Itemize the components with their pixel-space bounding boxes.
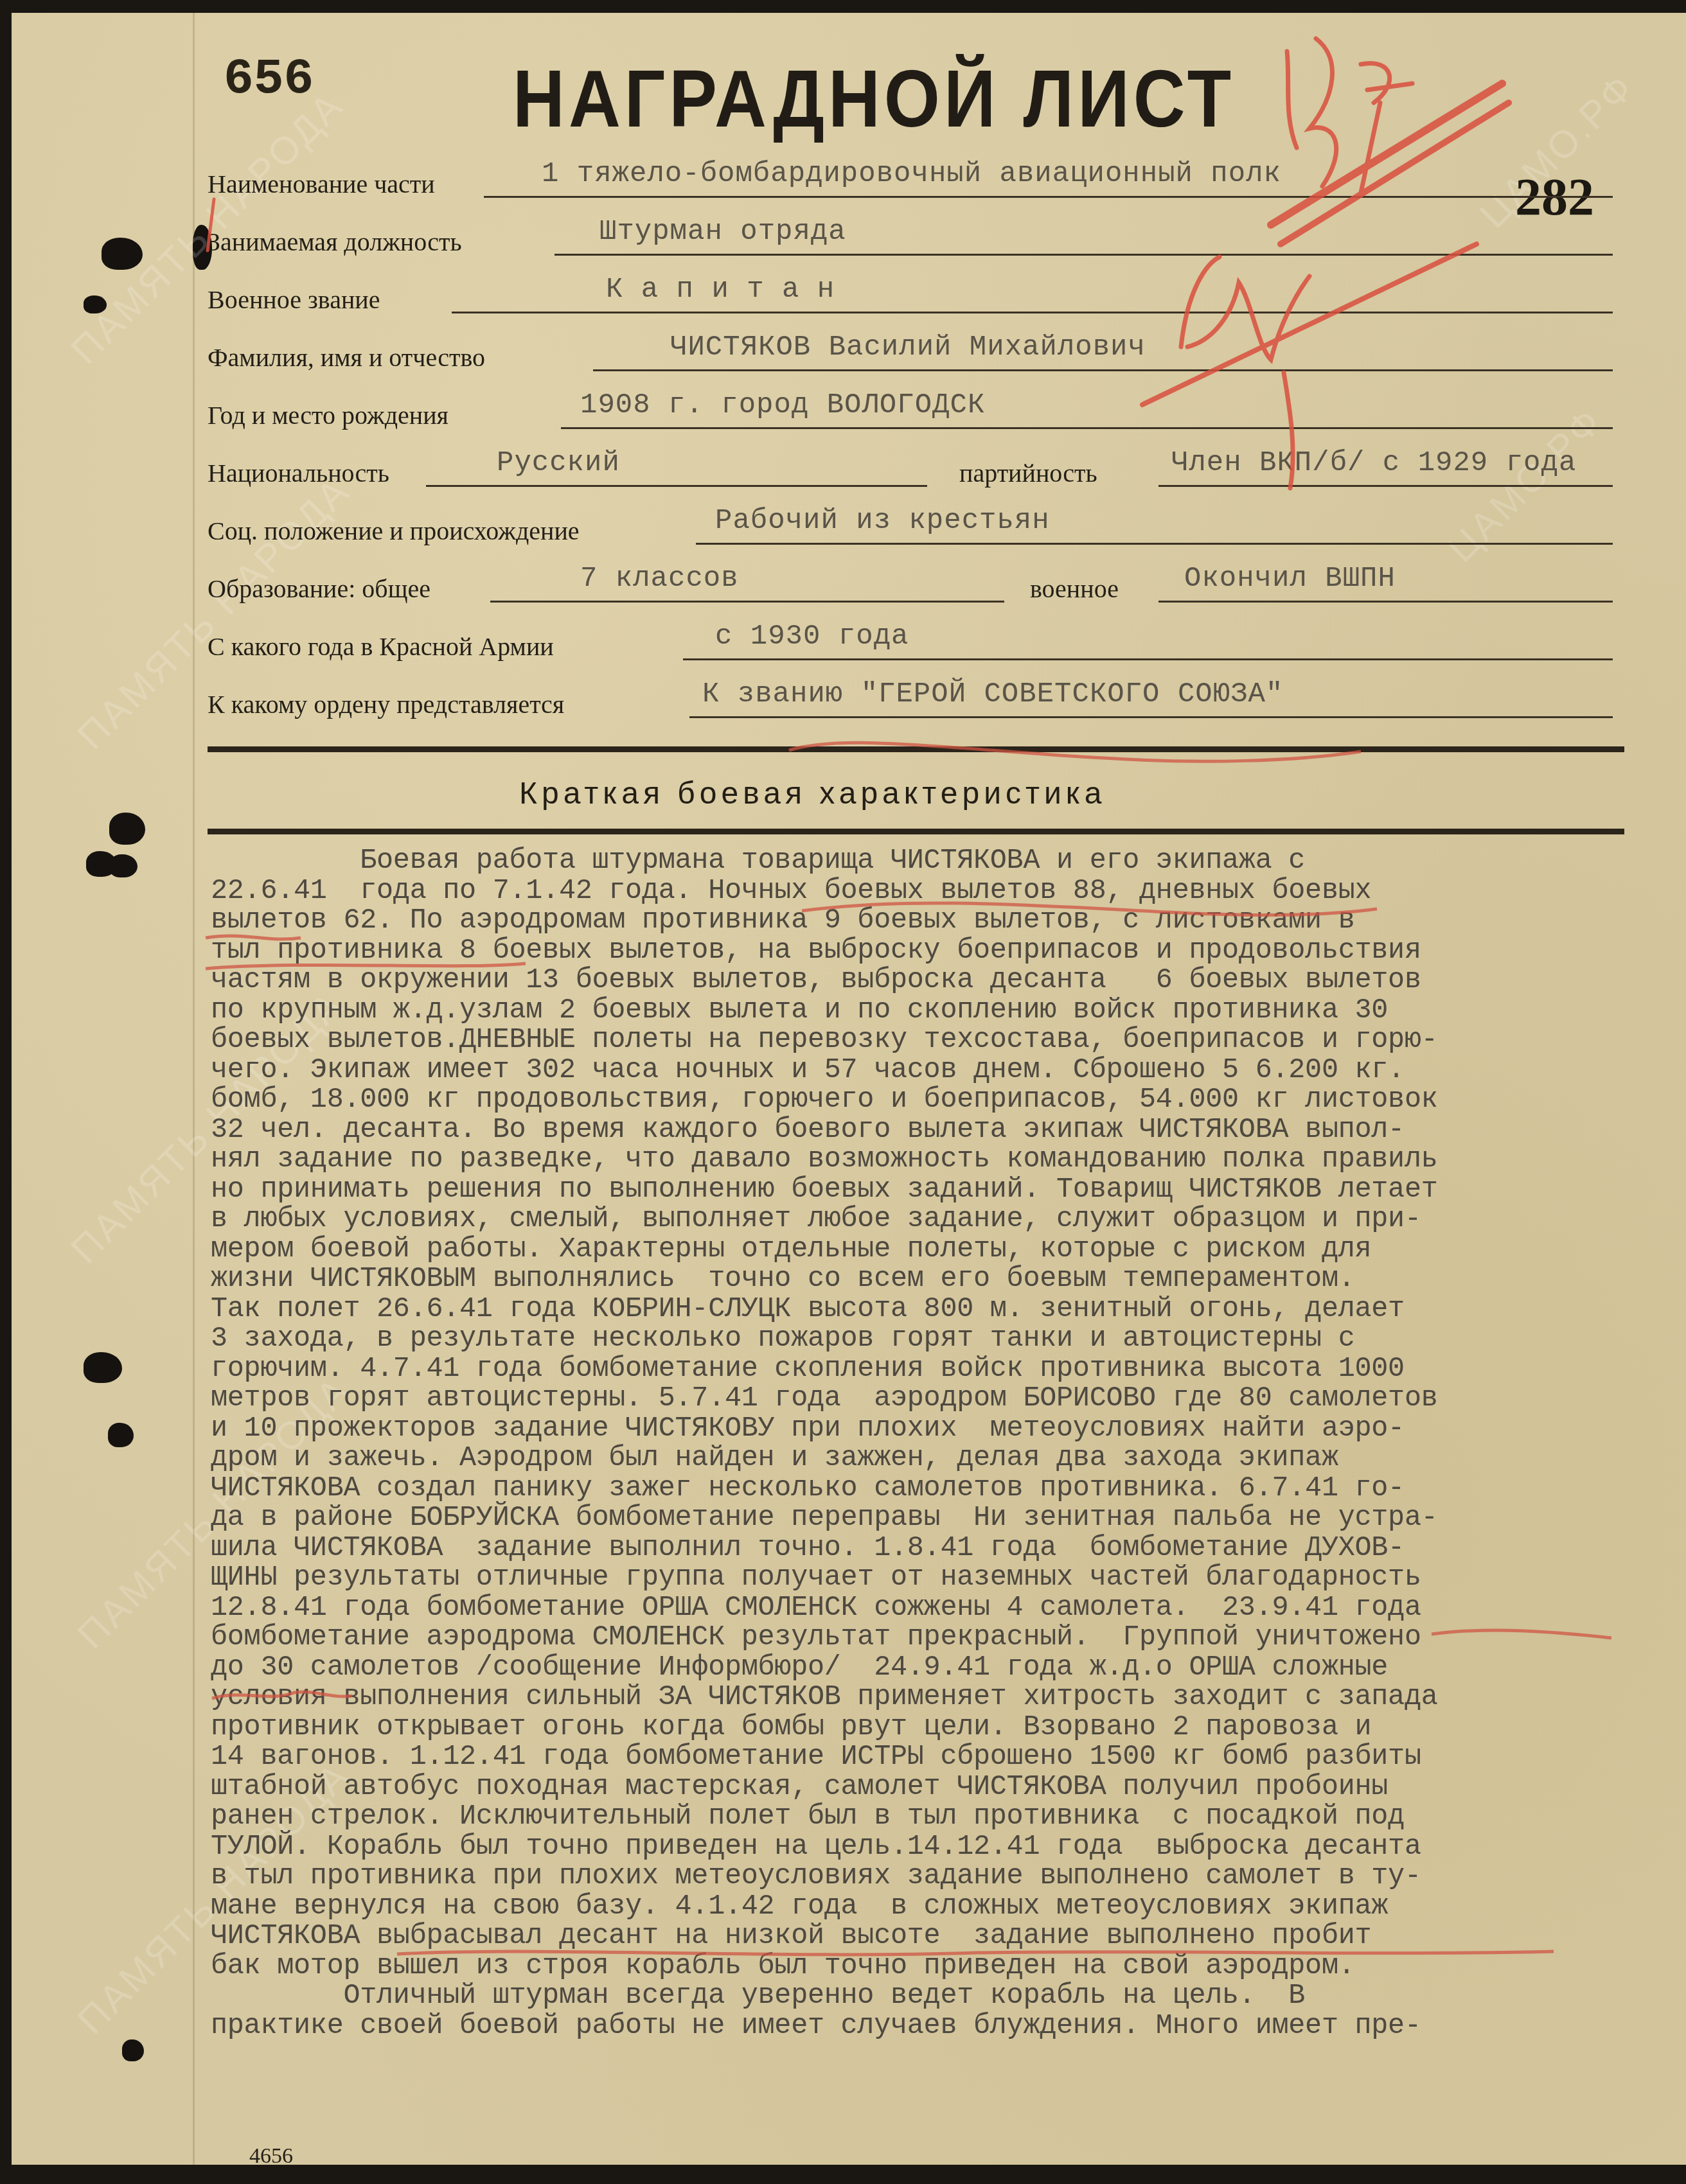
field-value: К званию "ГЕРОЙ СОВЕТСКОГО СОЮЗА" [702, 678, 1283, 710]
punch-hole [108, 1423, 134, 1447]
text-line: противник открывает огонь когда бомбы рв… [211, 1713, 1686, 1743]
field-underline [452, 312, 1613, 313]
punch-hole [102, 238, 143, 270]
document-title: НАГРАДНОЙ ЛИСТ [513, 53, 1235, 145]
corner-number: 656 [224, 51, 314, 108]
field-value: К а п и т а н [606, 274, 835, 306]
field-value: Рабочий из крестьян [715, 505, 1050, 537]
field-label: военное [1030, 574, 1119, 604]
text-line: 32 чел. десанта. Во время каждого боевог… [211, 1116, 1686, 1146]
text-line: дром и зажечь. Аэродром был найден и заж… [211, 1444, 1686, 1474]
field-army-since: С какого года в Красной Армии с 1930 год… [208, 623, 1613, 668]
field-underline [1158, 601, 1613, 603]
text-line: мане вернулся на свою базу. 4.1.42 года … [211, 1892, 1686, 1923]
text-line: и 10 прожекторов задание ЧИСТЯКОВУ при п… [211, 1414, 1686, 1445]
field-label: Национальность [208, 458, 389, 488]
text-line: горючим. 4.7.41 года бомбометание скопле… [211, 1355, 1686, 1385]
field-underline [484, 196, 1613, 198]
footer-number: 4656 [249, 2144, 293, 2169]
text-line: 22.6.41 года по 7.1.42 года. Ночных боев… [211, 877, 1686, 907]
text-line: практике своей боевой работы не имеет сл… [211, 2012, 1686, 2042]
text-line: но принимать решения по выполнению боевы… [211, 1176, 1686, 1206]
text-line: бомбометание аэродрома СМОЛЕНСК результа… [211, 1623, 1686, 1653]
field-underline [593, 369, 1613, 371]
field-nationality-party: Национальность Русский партийность Член … [208, 450, 1613, 495]
field-label: Фамилия, имя и отчество [208, 342, 485, 373]
field-social: Соц. положение и происхождение Рабочий и… [208, 507, 1613, 552]
field-label: Наименование части [208, 169, 435, 199]
text-line: ЧИСТЯКОВА создал панику зажег несколько … [211, 1474, 1686, 1504]
text-line: тыл противника 8 боевых вылетов, на выбр… [211, 937, 1686, 967]
text-line: шила ЧИСТЯКОВА задание выполнил точно. 1… [211, 1534, 1686, 1564]
text-line: вылетов 62. По аэродромам противника 9 б… [211, 906, 1686, 937]
text-line: ЩИНЫ результаты отличные группа получает… [211, 1563, 1686, 1594]
text-line: 14 вагонов. 1.12.41 года бомбометание ИС… [211, 1743, 1686, 1773]
text-line: бак мотор вышел из строя корабль был точ… [211, 1952, 1686, 1982]
text-line: 12.8.41 года бомбометание ОРША СМОЛЕНСК … [211, 1594, 1686, 1624]
field-education: Образование: общее 7 классов военное Око… [208, 565, 1613, 610]
section-heading: Краткая боевая характеристика [519, 776, 1106, 811]
field-label: К какому ордену представляется [208, 689, 564, 719]
text-line: ТУЛОЙ. Корабль был точно приведен на цел… [211, 1833, 1686, 1863]
text-line: Боевая работа штурмана товарища ЧИСТЯКОВ… [211, 847, 1686, 877]
field-value: Член ВКП/б/ с 1929 года [1171, 447, 1576, 479]
field-name: Фамилия, имя и отчество ЧИСТЯКОВ Василий… [208, 334, 1613, 379]
field-underline [555, 254, 1613, 256]
text-line: да в районе БОБРУЙСКА бомбометание переп… [211, 1504, 1686, 1534]
field-label: Соц. положение и происхождение [208, 516, 580, 546]
punch-hole [84, 1352, 122, 1383]
text-line: ранен стрелок. Исключительный полет был … [211, 1802, 1686, 1833]
text-line: бомб, 18.000 кг продовольствия, горючего… [211, 1086, 1686, 1116]
text-line: в тыл противника при плохих метеоусловия… [211, 1862, 1686, 1892]
field-birth: Год и место рождения 1908 г. город ВОЛОГ… [208, 392, 1613, 437]
section-rule-top [208, 746, 1624, 752]
field-underline [696, 543, 1613, 545]
field-unit: Наименование части 1 тяжело-бомбардирово… [208, 161, 1613, 206]
punch-hole [109, 813, 145, 845]
field-value: ЧИСТЯКОВ Василий Михайлович [670, 331, 1146, 364]
text-line: штабной автобус походная мастерская, сам… [211, 1773, 1686, 1803]
text-line: жизни ЧИСТЯКОВЫМ выполнялись точно со вс… [211, 1265, 1686, 1295]
field-underline [683, 658, 1613, 660]
field-label: С какого года в Красной Армии [208, 631, 554, 662]
field-position: Занимаемая должность Штурман отряда [208, 218, 1613, 263]
text-line: Так полет 26.6.41 года КОБРИН-СЛУЦК высо… [211, 1295, 1686, 1325]
text-line: чего. Экипаж имеет 302 часа ночных и 57 … [211, 1056, 1686, 1086]
field-underline [490, 601, 1004, 603]
field-value: 1 тяжело-бомбардировочный авиационный по… [542, 158, 1281, 190]
punch-hole [109, 854, 138, 877]
text-line: боевых вылетов.ДНЕВНЫЕ полеты на перевоз… [211, 1026, 1686, 1056]
field-value: с 1930 года [715, 621, 909, 653]
characteristic-text: Боевая работа штурмана товарища ЧИСТЯКОВ… [211, 847, 1686, 2041]
text-line: мером боевой работы. Характерны отдельны… [211, 1235, 1686, 1265]
field-label: Военное звание [208, 285, 380, 315]
field-value: Окончил ВШПН [1184, 563, 1396, 595]
text-line: условия выполнения сильный ЗА ЧИСТЯКОВ п… [211, 1683, 1686, 1713]
field-value: 7 классов [580, 563, 739, 595]
fold-line [193, 13, 195, 2165]
field-label: Занимаемая должность [208, 227, 462, 257]
field-underline [689, 716, 1613, 718]
text-line: Отличный штурман всегда уверенно ведет к… [211, 1982, 1686, 2012]
text-line: до 30 самолетов /сообщение Информбюро/ 2… [211, 1653, 1686, 1684]
text-line: частям в окружении 13 боевых вылетов, вы… [211, 966, 1686, 996]
text-line: нял задание по разведке, что давало возм… [211, 1145, 1686, 1176]
section-rule-bottom [208, 829, 1624, 834]
punch-hole [122, 2039, 144, 2061]
text-line: по крупным ж.д.узлам 2 боевых вылета и п… [211, 996, 1686, 1026]
text-line: в любых условиях, смелый, выполняет любо… [211, 1205, 1686, 1235]
text-line: метров горят автоцистерны. 5.7.41 года а… [211, 1384, 1686, 1414]
award-sheet-page: ПАМЯТЬ НАРОДА ПАМЯТЬ НАРОДА ПАМЯТЬ НАРОД… [12, 13, 1686, 2165]
field-underline [426, 485, 927, 487]
field-label: Образование: общее [208, 574, 430, 604]
field-underline [1158, 485, 1613, 487]
field-value: Русский [497, 447, 620, 479]
text-line: 3 захода, в результате несколько пожаров… [211, 1325, 1686, 1355]
field-value: Штурман отряда [599, 216, 846, 248]
field-label: Год и место рождения [208, 400, 448, 430]
text-line: ЧИСТЯКОВА выбрасывал десант на низкой вы… [211, 1922, 1686, 1952]
field-value: 1908 г. город ВОЛОГОДСК [580, 389, 985, 421]
field-award: К какому ордену представляется К званию … [208, 681, 1613, 726]
field-rank: Военное звание К а п и т а н [208, 276, 1613, 321]
field-underline [561, 427, 1613, 429]
field-label: партийность [959, 458, 1097, 488]
